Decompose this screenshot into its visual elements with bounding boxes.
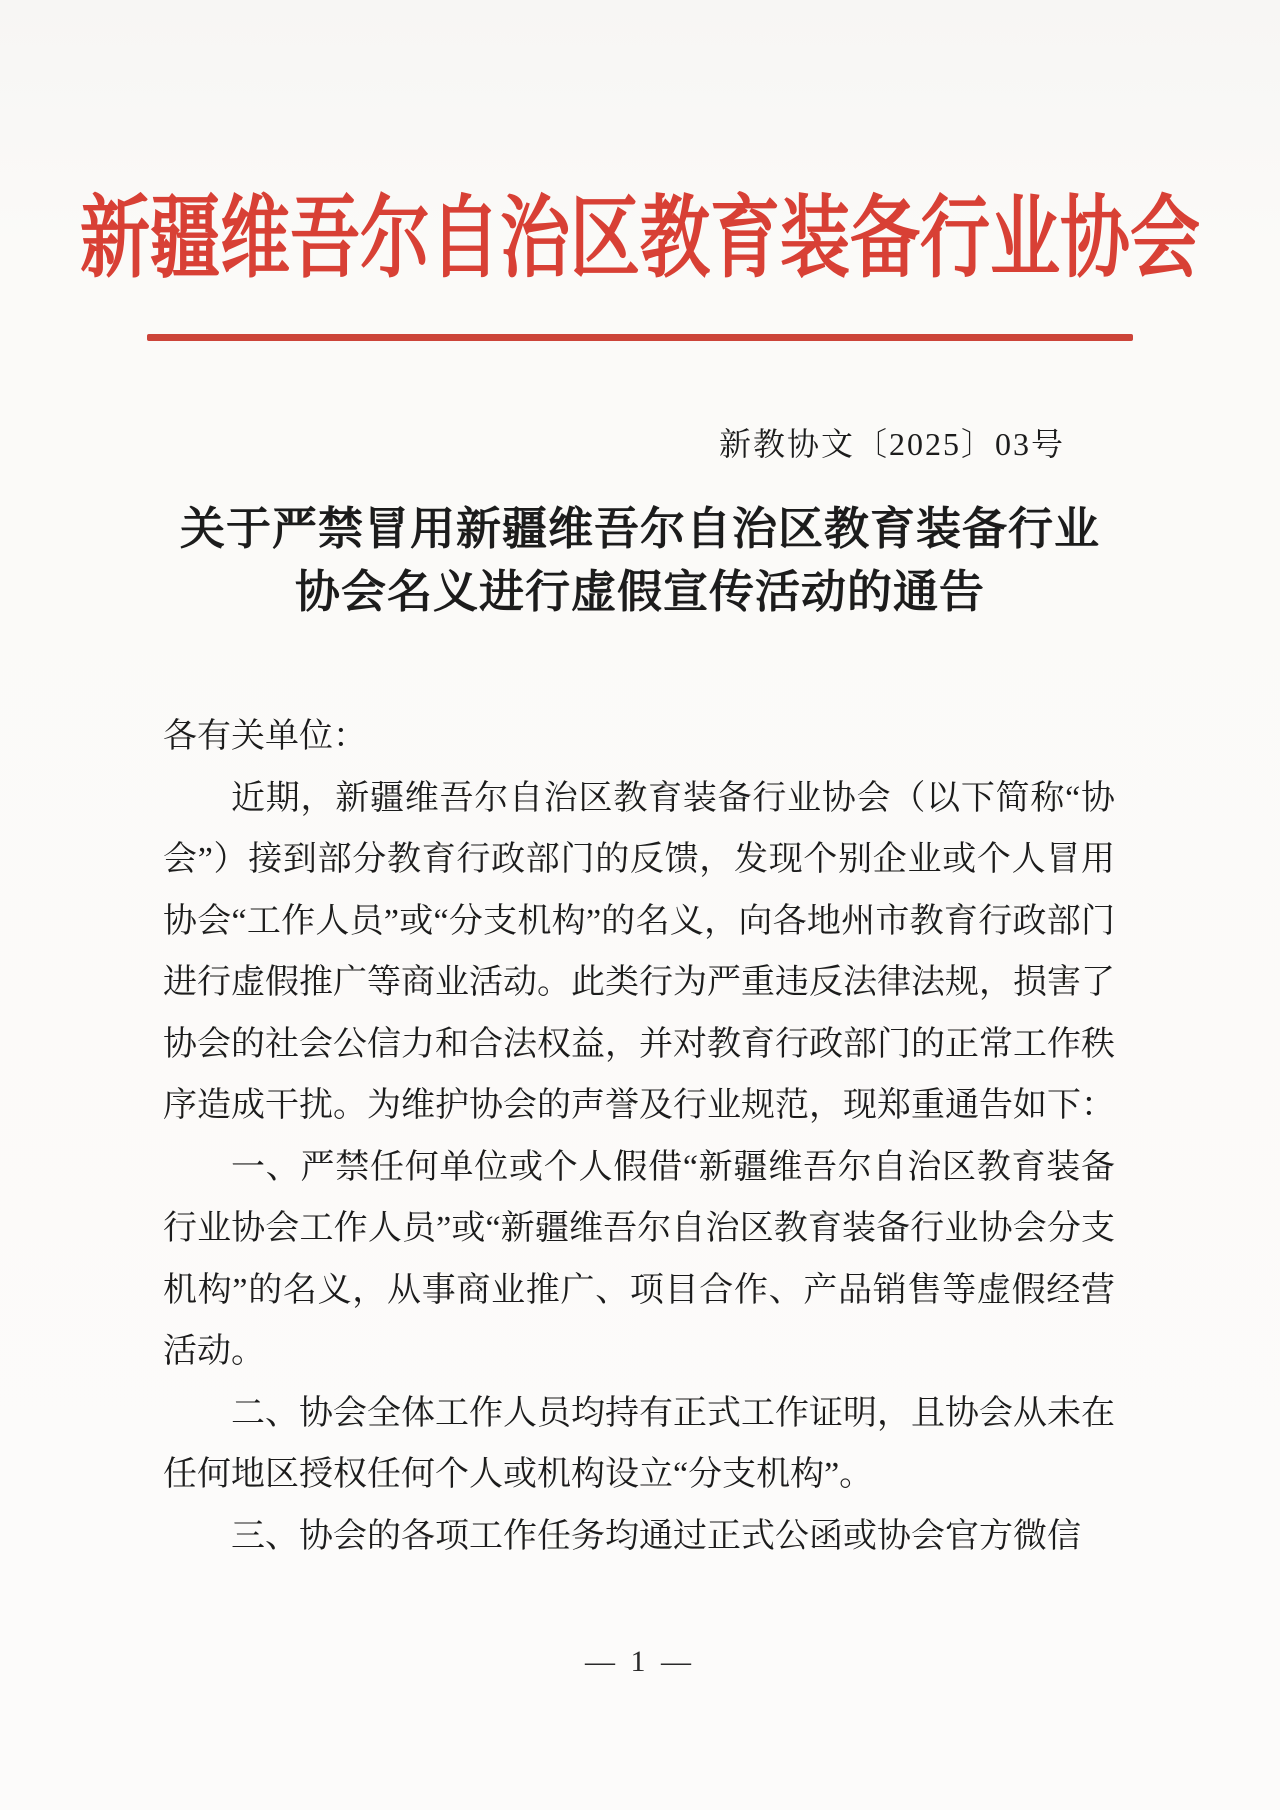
document-title-line1: 关于严禁冒用新疆维吾尔自治区教育装备行业 — [0, 498, 1280, 561]
paragraph-intro: 近期，新疆维吾尔自治区教育装备行业协会（以下简称“协会”）接到部分教育行政部门的… — [163, 768, 1115, 1137]
letterhead-org-name: 新疆维吾尔自治区教育装备行业协会 — [0, 196, 1280, 286]
salutation: 各有关单位： — [163, 706, 1115, 768]
scanned-document-page: 新疆维吾尔自治区教育装备行业协会 新教协文〔2025〕03号 关于严禁冒用新疆维… — [0, 0, 1280, 1810]
paragraph-item-1: 一、严禁任何单位或个人假借“新疆维吾尔自治区教育装备行业协会工作人员”或“新疆维… — [163, 1137, 1115, 1383]
paragraph-item-3: 三、协会的各项工作任务均通过正式公函或协会官方微信 — [163, 1506, 1115, 1568]
paragraph-item-2: 二、协会全体工作人员均持有正式工作证明，且协会从未在任何地区授权任何个人或机构设… — [163, 1383, 1115, 1506]
document-title-line2: 协会名义进行虚假宣传活动的通告 — [0, 561, 1280, 624]
letterhead-divider — [147, 334, 1133, 341]
document-body: 各有关单位： 近期，新疆维吾尔自治区教育装备行业协会（以下简称“协会”）接到部分… — [163, 706, 1115, 1567]
document-title: 关于严禁冒用新疆维吾尔自治区教育装备行业 协会名义进行虚假宣传活动的通告 — [0, 498, 1280, 624]
document-number: 新教协文〔2025〕03号 — [0, 424, 1065, 464]
page-number: — 1 — — [0, 1645, 1280, 1679]
